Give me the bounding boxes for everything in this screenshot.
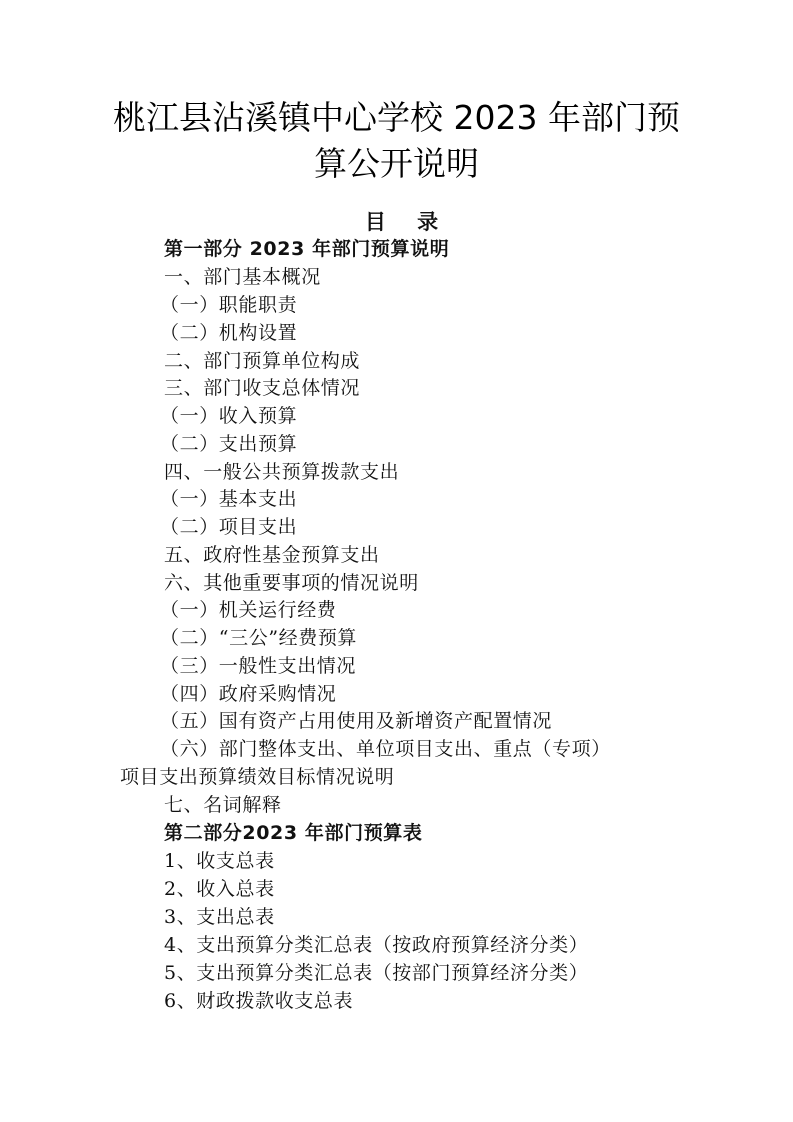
- toc-item: 一、部门基本概况: [164, 264, 321, 291]
- document-title-line-2: 算公开说明: [0, 141, 793, 187]
- toc-item: （六）部门整体支出、单位项目支出、重点（专项）: [160, 736, 611, 763]
- toc-item: 四、一般公共预算拨款支出: [164, 459, 399, 486]
- toc-item: （一）收入预算: [160, 403, 297, 430]
- toc-part-2-heading: 第二部分2023 年部门预算表: [164, 820, 423, 847]
- toc-heading: 目 录: [0, 206, 793, 236]
- toc-item: （三）一般性支出情况: [160, 653, 356, 680]
- toc-item: （四）政府采购情况: [160, 681, 336, 708]
- toc-item: （五）国有资产占用使用及新增资产配置情况: [160, 708, 552, 735]
- toc-item: 七、名词解释: [164, 792, 282, 819]
- toc-item: 6、财政拨款收支总表: [164, 988, 353, 1015]
- toc-item: （一）基本支出: [160, 486, 297, 513]
- toc-item-continuation: 项目支出预算绩效目标情况说明: [120, 764, 394, 791]
- toc-item: 二、部门预算单位构成: [164, 348, 360, 375]
- toc-item: 六、其他重要事项的情况说明: [164, 570, 419, 597]
- toc-item: 三、部门收支总体情况: [164, 375, 360, 402]
- toc-part-1-heading: 第一部分 2023 年部门预算说明: [164, 236, 449, 263]
- toc-item: 3、支出总表: [164, 904, 275, 931]
- toc-item: 2、收入总表: [164, 876, 275, 903]
- toc-item: （二）支出预算: [160, 431, 297, 458]
- toc-item: （一）职能职责: [160, 292, 297, 319]
- toc-item: （二）项目支出: [160, 514, 297, 541]
- toc-item: （二）“三公”经费预算: [160, 625, 357, 652]
- toc-item: （二）机构设置: [160, 320, 297, 347]
- toc-item: 4、支出预算分类汇总表（按政府预算经济分类）: [164, 932, 588, 959]
- toc-item: （一）机关运行经费: [160, 597, 336, 624]
- document-title-line-1: 桃江县沾溪镇中心学校 2023 年部门预: [0, 95, 793, 141]
- toc-item: 5、支出预算分类汇总表（按部门预算经济分类）: [164, 960, 588, 987]
- toc-item: 五、政府性基金预算支出: [164, 542, 380, 569]
- toc-item: 1、收支总表: [164, 848, 275, 875]
